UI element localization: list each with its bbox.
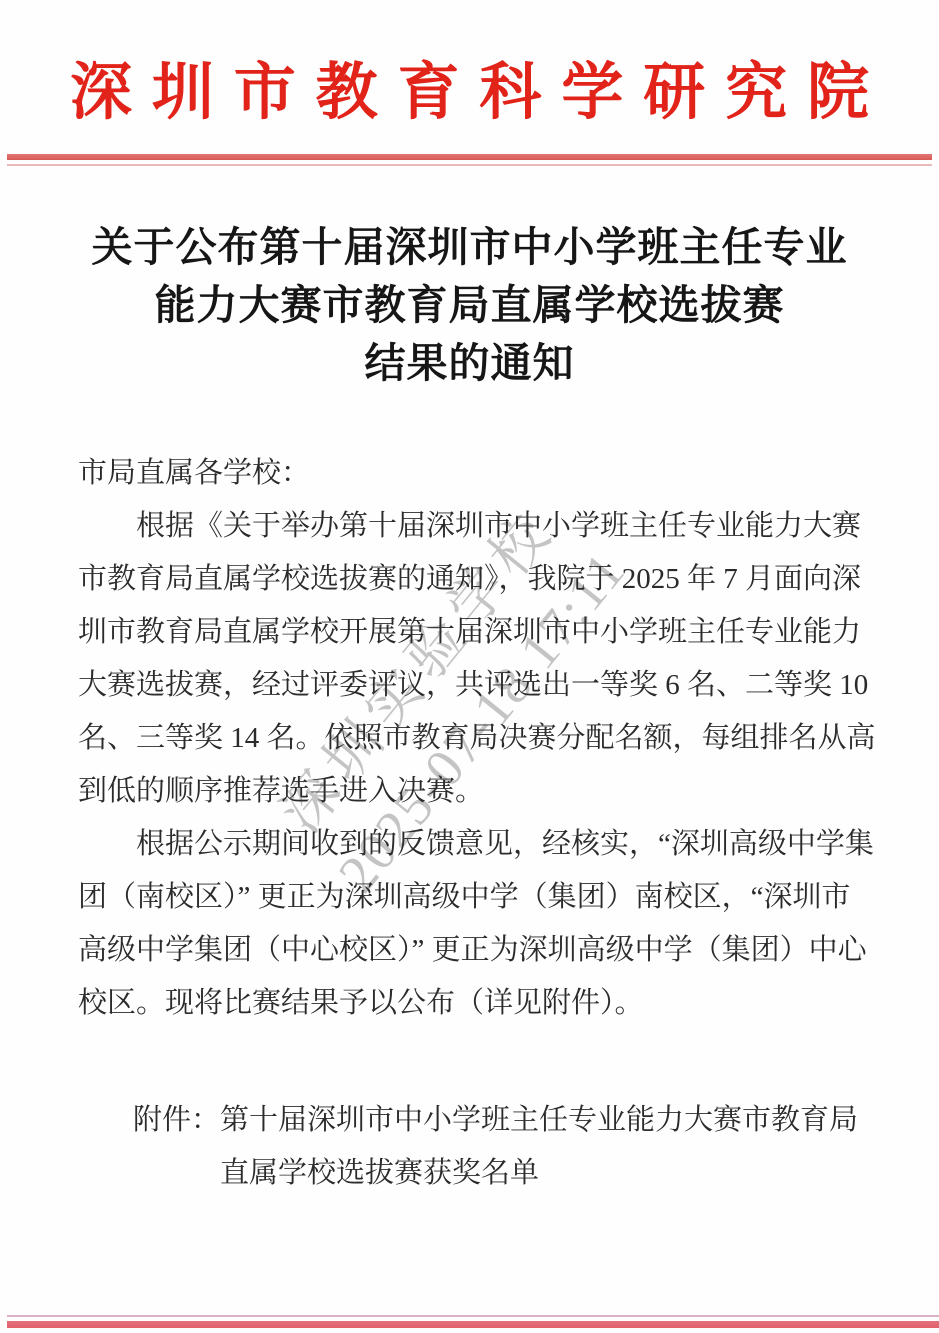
attachment-title: 第十届深圳市中小学班主任专业能力大赛市教育局 直属学校选拔赛获奖名单: [220, 1094, 858, 1200]
paragraph-1-line-4: 大赛选拔赛，经过评委评议，共评选出一等奖 6 名、二等奖 10: [78, 659, 862, 712]
attachment-title-line-2: 直属学校选拔赛获奖名单: [220, 1147, 858, 1200]
document-body: 市局直属各学校： 根据《关于举办第十届深圳市中小学班主任专业能力大赛 市教育局直…: [0, 447, 939, 1200]
paragraph-2-line-1: 根据公示期间收到的反馈意见，经核实，“深圳高级中学集: [78, 818, 862, 871]
paragraph-1-line-6: 到低的顺序推荐选手进入决赛。: [78, 765, 862, 818]
paragraph-1-line-1: 根据《关于举办第十届深圳市中小学班主任专业能力大赛: [78, 500, 862, 553]
attachment-title-line-1: 第十届深圳市中小学班主任专业能力大赛市教育局: [220, 1094, 858, 1147]
footer-rule: [7, 1315, 939, 1328]
letterhead-rule-thin-line: [7, 164, 932, 166]
paragraph-1-line-5: 名、三等奖 14 名。依照市教育局决赛分配名额，每组排名从高: [78, 712, 862, 765]
letterhead-rule-thick-line: [7, 154, 932, 160]
paragraph-2-line-3: 高级中学集团（中心校区）” 更正为深圳高级中学（集团）中心: [78, 924, 862, 977]
letterhead-org-name: 深圳市教育科学研究院: [0, 0, 939, 124]
paragraph-1-line-2: 市教育局直属学校选拔赛的通知》，我院于 2025 年 7 月面向深: [78, 553, 862, 606]
document-content: 深圳市教育科学研究院 关于公布第十届深圳市中小学班主任专业 能力大赛市教育局直属…: [0, 0, 939, 1200]
attachment-note: 附件： 第十届深圳市中小学班主任专业能力大赛市教育局 直属学校选拔赛获奖名单: [78, 1094, 862, 1200]
document-title-line-3: 结果的通知: [0, 334, 939, 392]
document-page: 深圳实验学校 2025-07-18 17:11 深圳市教育科学研究院 关于公布第…: [0, 0, 939, 1333]
paragraph-2-line-2: 团（南校区）” 更正为深圳高级中学（集团）南校区，“深圳市: [78, 871, 862, 924]
attachment-label: 附件：: [133, 1094, 220, 1200]
paragraph-2: 根据公示期间收到的反馈意见，经核实，“深圳高级中学集 团（南校区）” 更正为深圳…: [78, 818, 862, 1030]
salutation: 市局直属各学校：: [78, 447, 862, 500]
letterhead-rule: [7, 154, 932, 166]
paragraph-1-line-3: 圳市教育局直属学校开展第十届深圳市中小学班主任专业能力: [78, 606, 862, 659]
paragraph-2-line-4: 校区。现将比赛结果予以公布（详见附件）。: [78, 977, 862, 1030]
footer-rule-thick-line: [7, 1321, 939, 1328]
paragraph-1: 根据《关于举办第十届深圳市中小学班主任专业能力大赛 市教育局直属学校选拔赛的通知…: [78, 500, 862, 818]
document-title: 关于公布第十届深圳市中小学班主任专业 能力大赛市教育局直属学校选拔赛 结果的通知: [0, 218, 939, 392]
document-title-line-2: 能力大赛市教育局直属学校选拔赛: [0, 276, 939, 334]
document-title-line-1: 关于公布第十届深圳市中小学班主任专业: [0, 218, 939, 276]
footer-rule-thin-line: [7, 1315, 939, 1317]
